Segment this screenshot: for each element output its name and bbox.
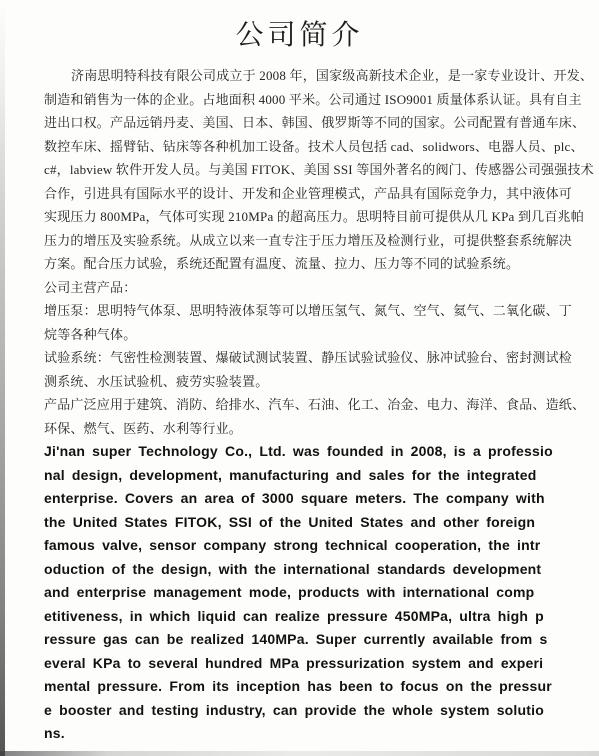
text-line: and enterprise management mode, products… <box>44 581 569 605</box>
main-products-heading: 公司主营产品： <box>44 276 569 300</box>
text-line: ns. <box>44 722 569 746</box>
page-title: 公司简介 <box>0 0 599 53</box>
text-line: 济南思明特科技有限公司成立于 2008 年，国家级高新技术企业，是一家专业设计、… <box>44 64 569 88</box>
test-systems-paragraph: 试验系统：气密性检测装置、爆破试测试装置、静压试验试验仪、脉冲试验台、密封测试检… <box>44 346 569 393</box>
text-line: famous valve, sensor company strong tech… <box>44 534 569 558</box>
text-line: c#，labview 软件开发人员。与美国 FITOK、美国 SSI 等国外著名… <box>44 158 569 182</box>
text-line: 烷等各种气体。 <box>44 323 569 347</box>
text-line: mental pressure. From its inception has … <box>44 675 569 699</box>
document-body: 济南思明特科技有限公司成立于 2008 年，国家级高新技术企业，是一家专业设计、… <box>0 53 599 746</box>
text-line: 测系统、水压试验机、疲劳实验装置。 <box>44 370 569 394</box>
text-line: etitiveness, in which liquid can realize… <box>44 605 569 629</box>
text-line: oduction of the design, with the interna… <box>44 558 569 582</box>
text-line: nal design, development, manufacturing a… <box>44 464 569 488</box>
text-line: Ji'nan super Technology Co., Ltd. was fo… <box>44 440 569 464</box>
text-line: 产品广泛应用于建筑、消防、给排水、汽车、石油、化工、冶金、电力、海洋、食品、造纸… <box>44 393 569 417</box>
text-line: ressure gas can be realized 140MPa. Supe… <box>44 628 569 652</box>
text-line: e booster and testing industry, can prov… <box>44 699 569 723</box>
scan-edge-bottom-artifact <box>0 751 599 756</box>
intro-paragraph-zh: 济南思明特科技有限公司成立于 2008 年，国家级高新技术企业，是一家专业设计、… <box>44 64 569 276</box>
text-line: enterprise. Covers an area of 3000 squar… <box>44 487 569 511</box>
document-page: 公司简介 济南思明特科技有限公司成立于 2008 年，国家级高新技术企业，是一家… <box>0 0 599 756</box>
text-line: 方案。配合压力试验，系统还配置有温度、流量、拉力、压力等不同的试验系统。 <box>44 252 569 276</box>
text-line: 制造和销售为一体的企业。占地面积 4000 平米。公司通过 ISO9001 质量… <box>44 88 569 112</box>
text-line: 数控车床、摇臂钻、钻床等各种机加工设备。技术人员包括 cad、solidwors… <box>44 135 569 159</box>
text-line: the United States FITOK, SSI of the Unit… <box>44 511 569 535</box>
text-line: 合作，引进具有国际水平的设计、开发和企业管理模式，产品具有国际竞争力，其中液体可 <box>44 182 569 206</box>
text-line: 环保、燃气、医药、水利等行业。 <box>44 417 569 441</box>
text-line: 试验系统：气密性检测装置、爆破试测试装置、静压试验试验仪、脉冲试验台、密封测试检 <box>44 346 569 370</box>
applications-paragraph: 产品广泛应用于建筑、消防、给排水、汽车、石油、化工、冶金、电力、海洋、食品、造纸… <box>44 393 569 440</box>
booster-pumps-paragraph: 增压泵：思明特气体泵、思明特液体泵等可以增压氢气、氮气、空气、氦气、二氧化碳、丁… <box>44 299 569 346</box>
text-line: 压力的增压及实验系统。从成立以来一直专注于压力增压及检测行业，可提供整套系统解决 <box>44 229 569 253</box>
text-line: 增压泵：思明特气体泵、思明特液体泵等可以增压氢气、氮气、空气、氦气、二氧化碳、丁 <box>44 299 569 323</box>
text-line: 实现压力 800MPa，气体可实现 210MPa 的超高压力。思明特目前可提供从… <box>44 205 569 229</box>
text-line: 公司主营产品： <box>44 276 569 300</box>
company-intro-english: Ji'nan super Technology Co., Ltd. was fo… <box>44 440 569 746</box>
text-line: everal KPa to several hundred MPa pressu… <box>44 652 569 676</box>
text-line: 进出口权。产品远销丹麦、美国、日本、韩国、俄罗斯等不同的国家。公司配置有普通车床… <box>44 111 569 135</box>
